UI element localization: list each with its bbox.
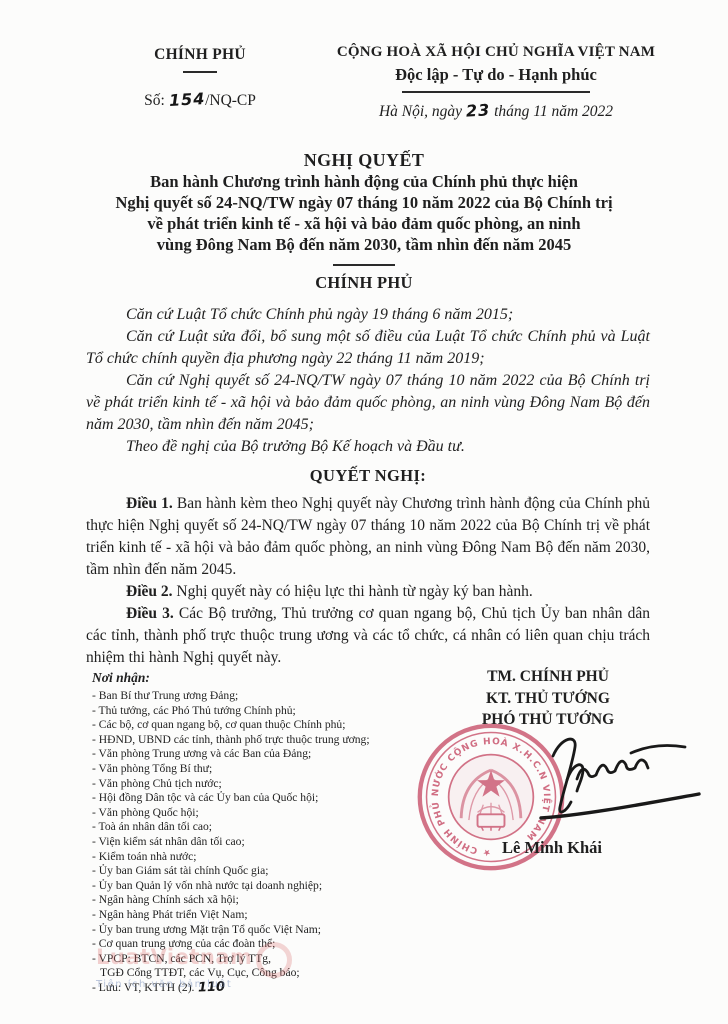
- preamble-paragraph: Căn cứ Luật Tổ chức Chính phủ ngày 19 th…: [86, 304, 650, 326]
- national-motto: Độc lập - Tự do - Hạnh phúc: [326, 65, 666, 85]
- recipient-line: - Ban Bí thư Trung ương Đảng;: [92, 689, 454, 704]
- number-handwritten: 154: [168, 89, 205, 110]
- recipient-line: - Ngân hàng Chính sách xã hội;: [92, 893, 454, 908]
- recipient-line: - Văn phòng Chủ tịch nước;: [92, 777, 454, 792]
- article-2-label: Điều 2.: [126, 583, 173, 600]
- recipient-line: - Ủy ban Giám sát tài chính Quốc gia;: [92, 864, 454, 879]
- signature-heading: TM. CHÍNH PHỦ KT. THỦ TƯỚNG PHÓ THỦ TƯỚN…: [414, 666, 682, 731]
- document-page: CHÍNH PHỦ Số: 154/NQ-CP CỘNG HOÀ XÃ HỘI …: [0, 0, 728, 1024]
- article-3: Điều 3. Các Bộ trưởng, Thủ trưởng cơ qua…: [86, 603, 650, 669]
- signature-authority-line2: KT. THỦ TƯỚNG: [414, 688, 682, 710]
- preamble-section: Căn cứ Luật Tổ chức Chính phủ ngày 19 th…: [86, 304, 650, 458]
- place-date-line: Hà Nội, ngày 23 tháng 11 năm 2022: [326, 101, 666, 121]
- national-title: CỘNG HOÀ XÃ HỘI CHỦ NGHĨA VIỆT NAM: [326, 44, 666, 61]
- title-line: Ban hành Chương trình hành động của Chín…: [0, 171, 728, 192]
- issuing-org-block: CHÍNH PHỦ Số: 154/NQ-CP: [58, 46, 342, 110]
- document-header: CHÍNH PHỦ Số: 154/NQ-CP CỘNG HOÀ XÃ HỘI …: [0, 0, 728, 142]
- signer-name: Lê Minh Khái: [446, 838, 658, 858]
- title-line: về phát triển kinh tế - xã hội và bảo đả…: [0, 213, 728, 234]
- recipient-line: - HĐND, UBND các tỉnh, thành phố trực th…: [92, 733, 454, 748]
- article-1-label: Điều 1.: [126, 495, 173, 512]
- article-2-text: Nghị quyết này có hiệu lực thi hành từ n…: [176, 583, 532, 600]
- date-prefix: Hà Nội, ngày: [379, 103, 462, 120]
- recipient-line: - Văn phòng Trung ương và các Ban của Đả…: [92, 747, 454, 762]
- recipient-line: - Ủy ban Quản lý vốn nhà nước tại doanh …: [92, 879, 454, 894]
- watermark: LuatVietnam Tiện ích văn bản luật: [96, 942, 296, 990]
- signature-authority-line1: TM. CHÍNH PHỦ: [414, 666, 682, 688]
- recipient-line: - Thủ tướng, các Phó Thủ tướng Chính phủ…: [92, 704, 454, 719]
- title-line: vùng Đông Nam Bộ đến năm 2030, tầm nhìn …: [0, 234, 728, 255]
- preamble-paragraph: Căn cứ Luật sửa đổi, bổ sung một số điều…: [86, 326, 650, 370]
- preamble-paragraph: Căn cứ Nghị quyết số 24-NQ/TW ngày 07 th…: [86, 370, 650, 436]
- watermark-brand: LuatVietnam: [96, 945, 252, 969]
- recipient-line: - Toà án nhân dân tối cao;: [92, 820, 454, 835]
- recipient-line: - Viện kiểm sát nhân dân tối cao;: [92, 835, 454, 850]
- recipient-line: - Hội đồng Dân tộc và các Ủy ban của Quố…: [92, 791, 454, 806]
- signature-top-stroke: [631, 745, 685, 753]
- recipient-line: - Kiểm toán nhà nước;: [92, 850, 454, 865]
- number-label: Số:: [144, 92, 165, 109]
- recipient-line: - Văn phòng Tổng Bí thư;: [92, 762, 454, 777]
- article-1: Điều 1. Ban hành kèm theo Nghị quyết này…: [86, 493, 650, 581]
- article-2: Điều 2. Nghị quyết này có hiệu lực thi h…: [86, 581, 650, 603]
- issuing-org-name: CHÍNH PHỦ: [58, 46, 342, 64]
- org-underline-rule: [183, 71, 217, 73]
- article-3-label: Điều 3.: [126, 605, 174, 622]
- recipient-line: - Văn phòng Quốc hội;: [92, 806, 454, 821]
- recipient-line: - Ủy ban trung ương Mặt trận Tổ quốc Việ…: [92, 923, 454, 938]
- national-motto-block: CỘNG HOÀ XÃ HỘI CHỦ NGHĨA VIỆT NAM Độc l…: [326, 44, 666, 121]
- signature-autograph: [527, 732, 713, 826]
- document-body: Căn cứ Luật Tổ chức Chính phủ ngày 19 th…: [86, 304, 650, 669]
- signature-authority-line3: PHÓ THỦ TƯỚNG: [414, 709, 682, 731]
- preamble-paragraph: Theo đề nghị của Bộ trưởng Bộ Kế hoạch v…: [86, 436, 650, 458]
- resolve-heading: QUYẾT NGHỊ:: [86, 466, 650, 486]
- watermark-logo-ring: [256, 942, 292, 978]
- document-number: Số: 154/NQ-CP: [58, 90, 342, 110]
- date-day-handwritten: 23: [465, 100, 490, 120]
- number-suffix: /NQ-CP: [205, 92, 256, 109]
- issuer-heading: CHÍNH PHỦ: [0, 273, 728, 293]
- recipient-line: - Các bộ, cơ quan ngang bộ, cơ quan thuộ…: [92, 718, 454, 733]
- signature-scrawl: [577, 760, 648, 779]
- title-line: Nghị quyết số 24-NQ/TW ngày 07 tháng 10 …: [0, 192, 728, 213]
- watermark-tagline: Tiện ích văn bản luật: [96, 979, 296, 990]
- document-type: NGHỊ QUYẾT: [0, 150, 728, 171]
- document-title-block: NGHỊ QUYẾT Ban hành Chương trình hành độ…: [0, 150, 728, 255]
- date-suffix: tháng 11 năm 2022: [494, 103, 613, 120]
- signature-first-letter: [553, 739, 575, 812]
- signature-underline: [541, 794, 699, 818]
- title-divider-rule: [333, 264, 395, 266]
- motto-underline-rule: [402, 91, 590, 93]
- recipients-label: Nơi nhận:: [92, 670, 454, 686]
- recipient-line: - Ngân hàng Phát triển Việt Nam;: [92, 908, 454, 923]
- articles-section: Điều 1. Ban hành kèm theo Nghị quyết này…: [86, 493, 650, 669]
